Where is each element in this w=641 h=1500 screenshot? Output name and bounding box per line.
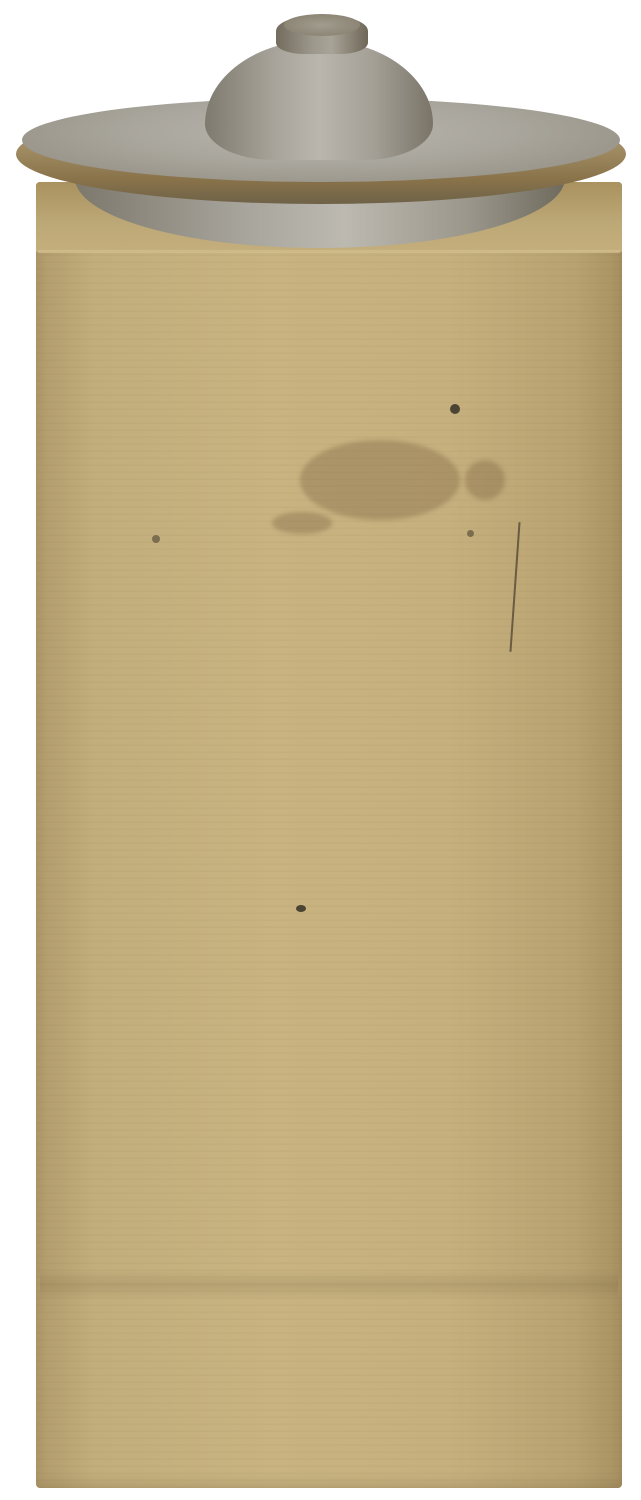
surface-mark <box>450 404 460 414</box>
surface-stain <box>272 512 332 534</box>
surface-mark <box>296 905 306 912</box>
cap-nub-top <box>284 14 360 36</box>
surface-mark <box>152 535 160 543</box>
cap-dome <box>205 40 433 160</box>
surface-mark <box>467 530 474 537</box>
brass-block-edge-highlight <box>38 250 620 253</box>
product-photo: Brass A/C expansion valve block with met… <box>0 0 641 1500</box>
grime-band <box>40 1270 618 1300</box>
surface-stain <box>300 440 460 520</box>
surface-stain <box>465 460 505 500</box>
